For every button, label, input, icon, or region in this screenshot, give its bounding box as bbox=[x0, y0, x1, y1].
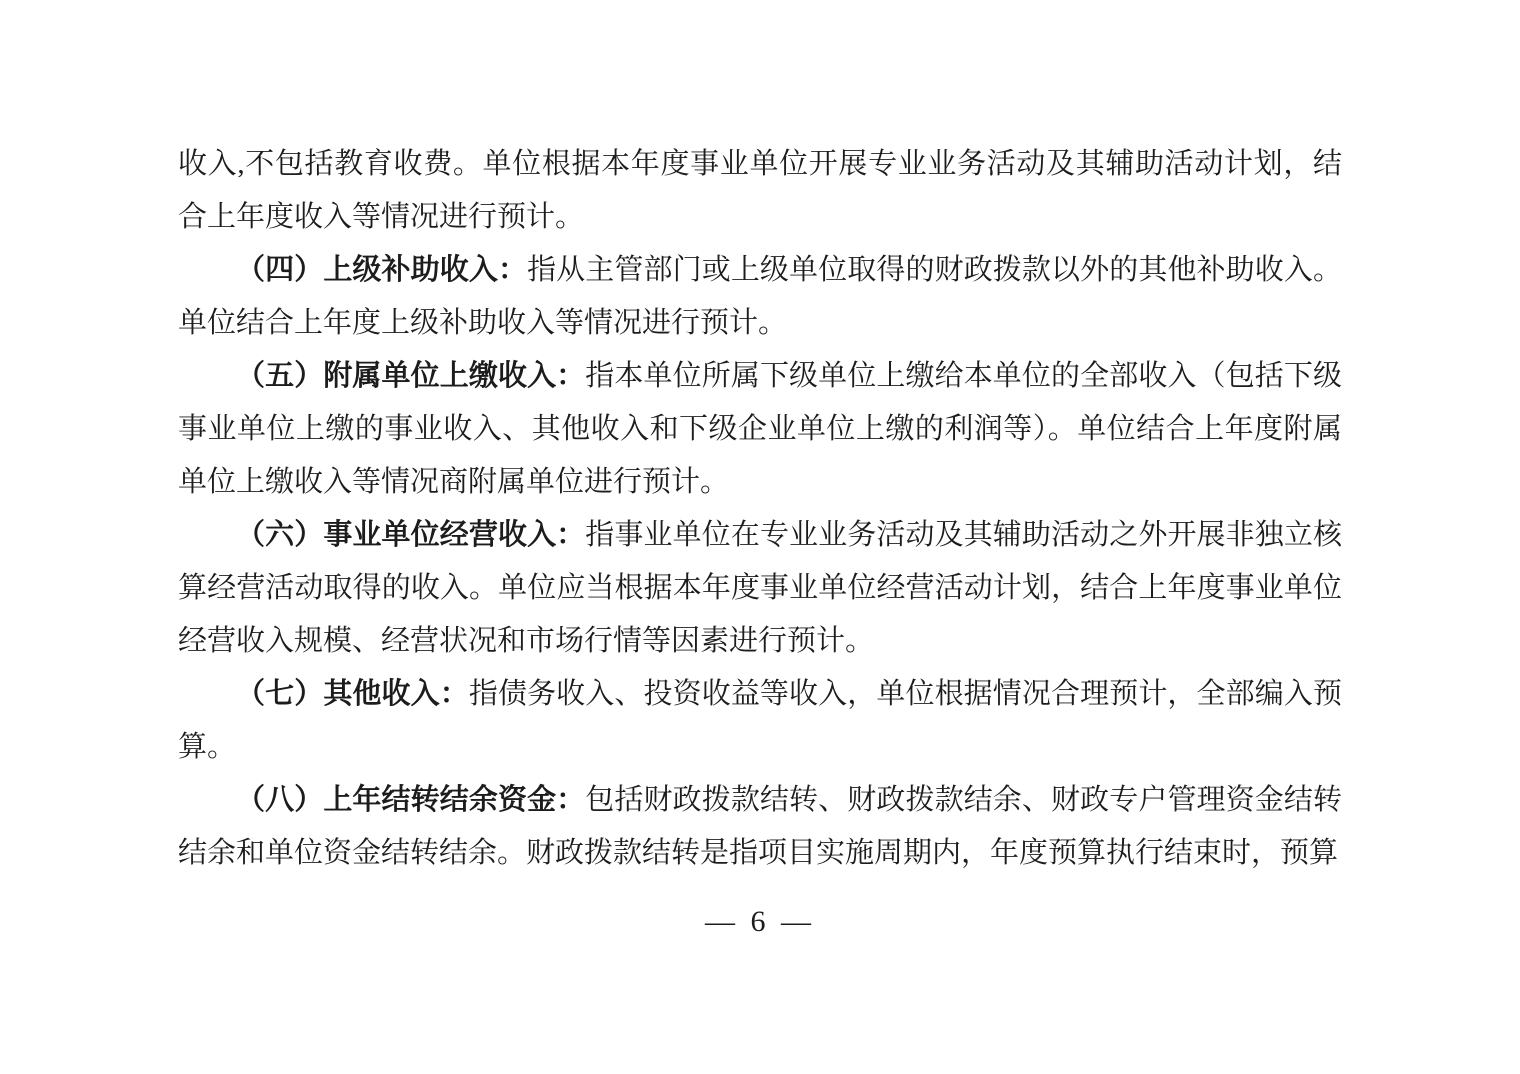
paragraph: （五）附属单位上缴收入：指本单位所属下级单位上缴给本单位的全部收入（包括下级事业… bbox=[178, 350, 1342, 509]
paragraph-heading: （八）上年结转结余资金： bbox=[236, 784, 585, 816]
paragraph: （八）上年结转结余资金：包括财政拨款结转、财政拨款结余、财政专户管理资金结转结余… bbox=[178, 774, 1342, 880]
paragraph: （四）上级补助收入：指从主管部门或上级单位取得的财政拨款以外的其他补助收入。单位… bbox=[178, 244, 1342, 350]
page-number: — 6 — bbox=[178, 902, 1342, 942]
paragraph-heading: （七）其他收入： bbox=[236, 678, 469, 710]
paragraph-heading: （六）事业单位经营收入： bbox=[236, 519, 585, 551]
paragraph: 收入,不包括教育收费。单位根据本年度事业单位开展专业业务活动及其辅助活动计划，结… bbox=[178, 138, 1342, 244]
paragraph-heading: （四）上级补助收入： bbox=[236, 254, 527, 286]
paragraph: （七）其他收入：指债务收入、投资收益等收入，单位根据情况合理预计，全部编入预算。 bbox=[178, 668, 1342, 774]
paragraph-heading: （五）附属单位上缴收入： bbox=[236, 360, 585, 392]
paragraph: （六）事业单位经营收入：指事业单位在专业业务活动及其辅助活动之外开展非独立核算经… bbox=[178, 509, 1342, 668]
paragraph-body: 收入,不包括教育收费。单位根据本年度事业单位开展专业业务活动及其辅助活动计划，结… bbox=[178, 148, 1342, 233]
document-page: 收入,不包括教育收费。单位根据本年度事业单位开展专业业务活动及其辅助活动计划，结… bbox=[178, 0, 1342, 880]
